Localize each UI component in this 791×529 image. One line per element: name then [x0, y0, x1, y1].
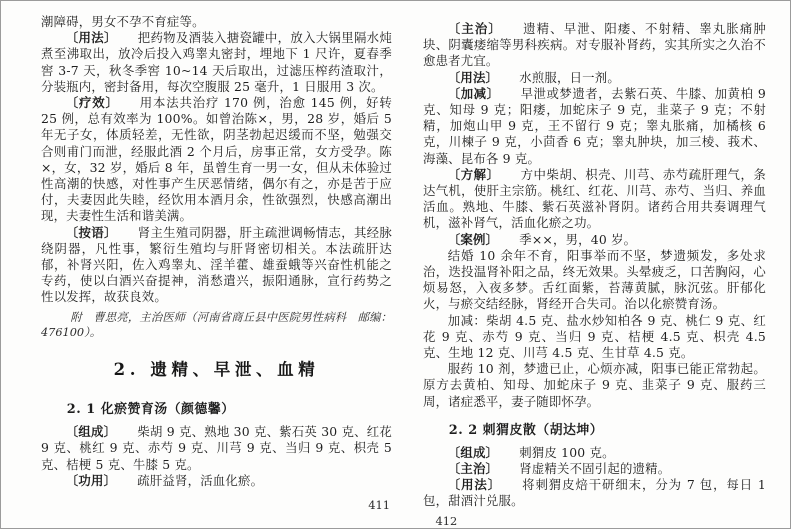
- composition-paragraph: 〔组成〕刺猬皮 100 克。: [423, 445, 766, 461]
- section-text: 刺猬皮 100 克。: [519, 445, 614, 460]
- recipe-heading-ciweipi: 2. 2 刺猬皮散（胡达坤）: [423, 419, 766, 438]
- commentary-paragraph: 〔按语〕肾主生殖司阴器，肝主疏泄调畅情志，其经脉绕阴器，凡性事，繁衍生殖均与肝肾…: [41, 225, 392, 306]
- recipe-heading-huayu: 2. 1 化瘀赞育汤（颜德馨）: [41, 398, 392, 417]
- usage-paragraph: 〔用法〕把药物及酒装入搪瓷罐中，放入大锅里隔水炖煮至沸取出，放冷后投入鸡睾丸密封…: [41, 30, 392, 95]
- section-label-commentary: 〔按语〕: [66, 225, 117, 240]
- case-outcome-paragraph: 服药 10 剂，梦遗已止，心烦亦减，阳事已能正常勃起。原方去黄柏、知母、加蛇床子…: [423, 361, 766, 410]
- usage-paragraph: 〔用法〕水煎服，日一剂。: [423, 70, 766, 86]
- chapter-heading: 2. 遗精、早泄、血精: [41, 356, 392, 380]
- indication-paragraph-2: 〔主治〕肾虚精关不固引起的遗精。: [423, 461, 766, 477]
- section-label-composition: 〔组成〕: [66, 424, 116, 439]
- section-label-indication: 〔主治〕: [448, 461, 498, 476]
- page-number-right: 412: [423, 514, 766, 528]
- section-text: 水煎服，日一剂。: [519, 70, 620, 85]
- section-text: 季××，男，40 岁。: [519, 232, 636, 247]
- section-text: 肾虚精关不固引起的遗精。: [519, 461, 670, 476]
- section-text: 疏肝益肾，活血化瘀。: [137, 473, 263, 488]
- explanation-paragraph: 〔方解〕方中柴胡、枳壳、川芎、赤芍疏肝理气，条达气机，使肝主宗筋。桃红、红花、川…: [423, 167, 766, 232]
- indication-paragraph: 〔主治〕遗精、早泄、阳痿、不射精、睾丸胀痛肿块、阴囊痿缩等男科疾病。对专服补肾药…: [423, 21, 766, 70]
- section-label-usage: 〔用法〕: [66, 30, 117, 45]
- usage-paragraph-2: 〔用法〕将刺猬皮焙干研细末，分为 7 包，每日 1 包，甜酒汁兑服。: [423, 477, 766, 509]
- book-spread: 潮障碍，男女不孕不育症等。 〔用法〕把药物及酒装入搪瓷罐中，放入大锅里隔水炖煮至…: [0, 0, 791, 529]
- section-label-case: 〔案例〕: [448, 232, 498, 247]
- page-412: 〔主治〕遗精、早泄、阳痿、不射精、睾丸胀痛肿块、阴囊痿缩等男科疾病。对专服补肾药…: [398, 1, 790, 528]
- modification-paragraph: 〔加减〕早泄或梦遗者，去紫石英、牛膝、加黄柏 9 克、知母 9 克；阳痿，加蛇床…: [423, 86, 766, 167]
- section-text: 用本法共治疗 170 例，治愈 145 例，好转 25 例，总有效率为 100%…: [41, 95, 392, 223]
- section-label-indication: 〔主治〕: [448, 21, 502, 36]
- continuation-paragraph: 潮障碍，男女不孕不育症等。: [41, 14, 392, 30]
- author-attribution: 附 曹思亮，主治医师（河南省商丘县中医院男性病科 邮编：476100）。: [41, 310, 392, 342]
- page-411: 潮障碍，男女不孕不育症等。 〔用法〕把药物及酒装入搪瓷罐中，放入大锅里隔水炖煮至…: [1, 1, 398, 528]
- composition-paragraph: 〔组成〕柴胡 9 克、熟地 30 克、紫石英 30 克、红花 9 克、桃红 9 …: [41, 424, 392, 473]
- section-label-explanation: 〔方解〕: [448, 167, 500, 182]
- function-paragraph: 〔功用〕疏肝益肾，活血化瘀。: [41, 473, 392, 489]
- section-label-efficacy: 〔疗效〕: [66, 95, 119, 110]
- section-label-usage: 〔用法〕: [448, 477, 501, 492]
- case-history-paragraph: 结婚 10 余年不育，阳事举而不坚，梦遗频发，多处求治，迭投温肾补阳之品，终无效…: [423, 248, 766, 313]
- page-number-left: 411: [41, 498, 392, 512]
- case-prescription-paragraph: 加减：柴胡 4.5 克、盐水炒知柏各 9 克、桃仁 9 克、红花 9 克、赤芍 …: [423, 313, 766, 362]
- section-label-modification: 〔加减〕: [448, 86, 500, 101]
- section-label-function: 〔功用〕: [66, 473, 116, 488]
- case-label-paragraph: 〔案例〕季××，男，40 岁。: [423, 232, 766, 248]
- efficacy-paragraph: 〔疗效〕用本法共治疗 170 例，治愈 145 例，好转 25 例，总有效率为 …: [41, 95, 392, 225]
- section-label-usage: 〔用法〕: [448, 70, 498, 85]
- section-label-composition: 〔组成〕: [448, 445, 498, 460]
